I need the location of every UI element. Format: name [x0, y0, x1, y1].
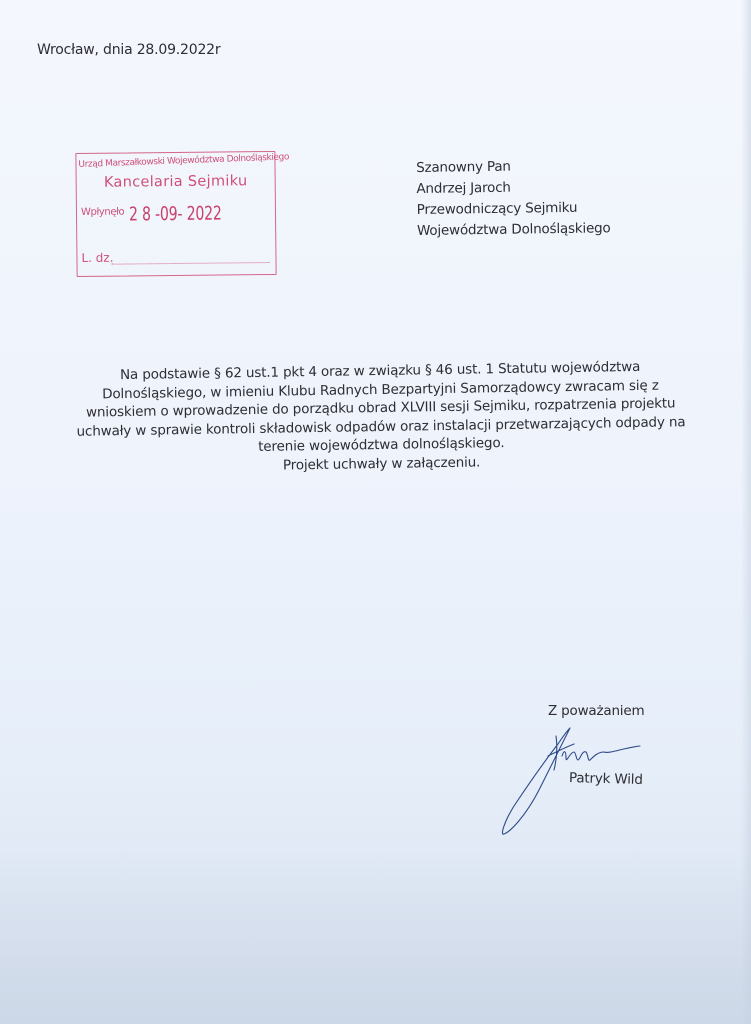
recipient-organization: Województwa Dolnośląskiego — [417, 218, 611, 242]
page-shadow — [0, 854, 751, 1024]
stamp-reference-line — [112, 262, 270, 265]
stamp-office-name: Urząd Marszałkowski Województwa Dolnoślą… — [78, 153, 278, 170]
recipient-name: Andrzej Jaroch — [416, 176, 610, 200]
stamp-department: Kancelaria Sejmiku — [77, 173, 275, 191]
stamp-reference-label: L. dz. — [81, 251, 113, 265]
stamp-received-date: 2 8 -09- 2022 — [129, 203, 222, 226]
letter-body: Na podstawie § 62 ust.1 pkt 4 oraz w zwi… — [40, 357, 722, 479]
place-and-date: Wrocław, dnia 28.09.2022r — [37, 42, 220, 58]
stamp-received-label: Wpłynęło — [81, 207, 124, 218]
recipient-title: Przewodniczący Sejmiku — [417, 197, 611, 221]
signer-name: Patryk Wild — [569, 770, 643, 788]
recipient-salutation: Szanowny Pan — [416, 155, 610, 179]
recipient-block: Szanowny Pan Andrzej Jaroch Przewodniczą… — [416, 155, 611, 242]
received-stamp: Urząd Marszałkowski Województwa Dolnoślą… — [75, 151, 276, 277]
closing-phrase: Z poważaniem — [548, 703, 644, 719]
